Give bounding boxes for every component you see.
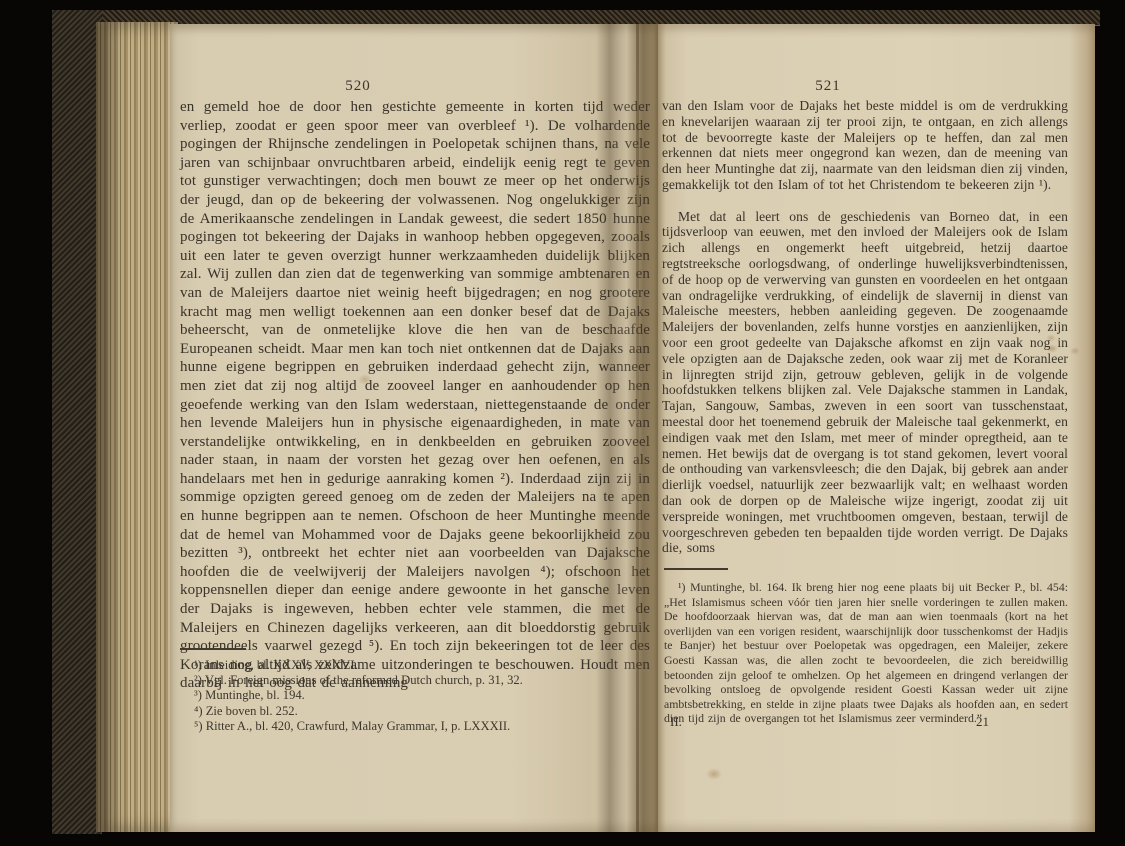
left-page: 520 en gemeld hoe de door hen gestichte … bbox=[170, 24, 658, 832]
footnote-line: ⁴) Zie boven bl. 252. bbox=[184, 704, 652, 719]
footnote-rule bbox=[180, 648, 246, 650]
left-page-body-text: en gemeld hoe de door hen gestichte geme… bbox=[180, 98, 650, 693]
right-page-paragraph-2: Met dat al leert ons de geschiedenis van… bbox=[662, 209, 1068, 557]
page-number-right: 521 bbox=[788, 78, 868, 95]
signature-volume-mark: II. bbox=[670, 714, 682, 730]
footnote-line: ²) Vgl. Foreign missions of the reformed… bbox=[184, 673, 652, 688]
footnote-line: ⁵) Ritter A., bl. 420, Crawfurd, Malay G… bbox=[184, 719, 652, 734]
left-page-footnotes: ¹) Inleiding, bl. XXXV, XXXVI. ²) Vgl. F… bbox=[184, 658, 652, 734]
book-cover-spine-left bbox=[52, 10, 102, 834]
footnote-line: ³) Muntinghe, bl. 194. bbox=[184, 688, 652, 703]
page-edges-stack bbox=[96, 22, 178, 832]
right-page: 521 van den Islam voor de Dajaks het bes… bbox=[658, 24, 1095, 832]
foxing-stain bbox=[706, 768, 722, 780]
foxing-stain bbox=[1070, 347, 1080, 355]
right-page-paragraph-1: van den Islam voor de Dajaks het beste m… bbox=[662, 98, 1068, 193]
footnote-line: ¹) Inleiding, bl. XXXV, XXXVI. bbox=[184, 658, 652, 673]
page-number-left: 520 bbox=[318, 78, 398, 95]
right-page-footnote: ¹) Muntinghe, bl. 164. Ik breng hier nog… bbox=[664, 580, 1068, 726]
signature-sheet-number: 21 bbox=[976, 714, 989, 730]
footnote-rule bbox=[664, 568, 728, 570]
scanned-book-photo: 520 en gemeld hoe de door hen gestichte … bbox=[0, 0, 1125, 846]
